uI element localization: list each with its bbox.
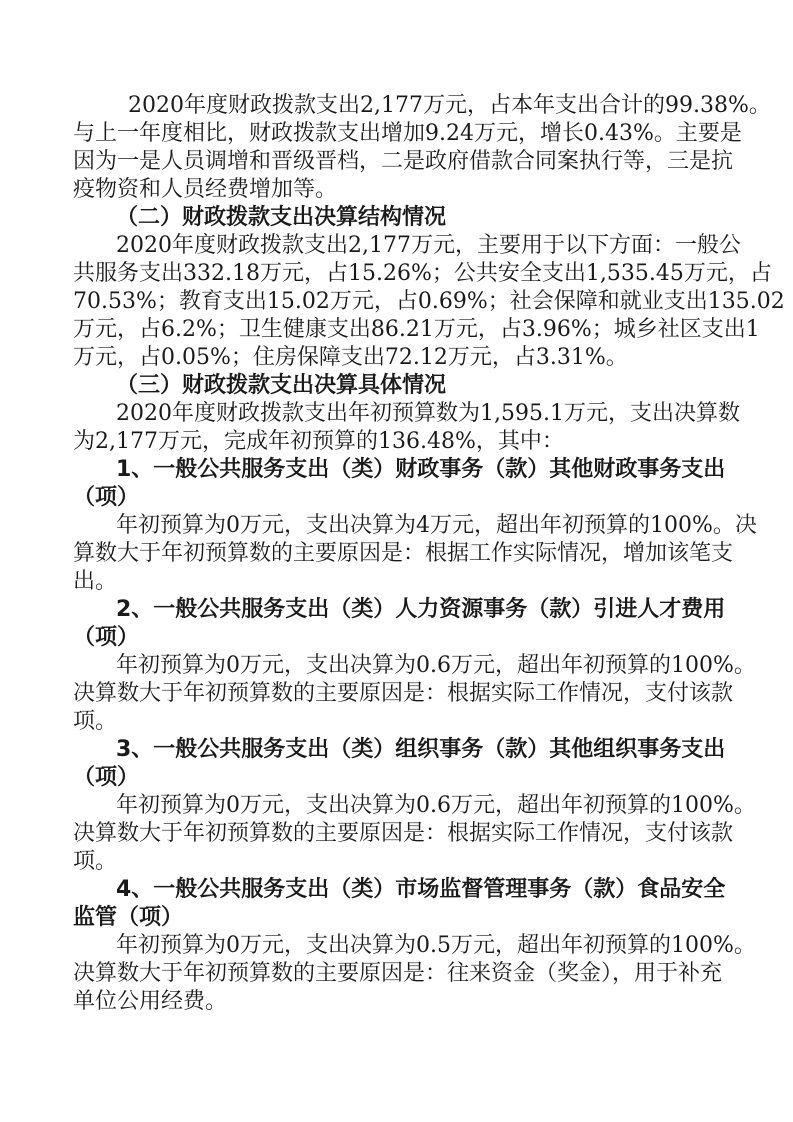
text-line: 项。 [73,848,710,876]
text-line: 年初预算为0万元，支出决算为4万元，超出年初预算的100%。决 [73,512,710,540]
text-line: 出。 [73,568,710,596]
paragraph-item-4: 年初预算为0万元，支出决算为0.5万元，超出年初预算的100%。 决算数大于年初… [73,932,710,1016]
text-line: 2020年度财政拨款支出年初预算数为1,595.1万元，支出决算数 [73,400,710,428]
paragraph-budget-completion: 2020年度财政拨款支出年初预算数为1,595.1万元，支出决算数 为2,177… [73,400,710,456]
paragraph-expenditure-structure: 2020年度财政拨款支出2,177万元，主要用于以下方面：一般公 共服务支出33… [73,232,710,372]
text-line: 疫物资和人员经费增加等。 [73,176,710,204]
item-heading-2-cont: （项） [73,624,710,652]
item-heading-3-cont: （项） [73,764,710,792]
text-line: 因为一是人员调增和晋级晋档，二是政府借款合同案执行等，三是抗 [73,148,710,176]
text-line: 决算数大于年初预算数的主要原因是：根据实际工作情况，支付该款 [73,680,710,708]
paragraph-item-1: 年初预算为0万元，支出决算为4万元，超出年初预算的100%。决 算数大于年初预算… [73,512,710,596]
text-line: 万元，占0.05%；住房保障支出72.12万元，占3.31%。 [73,344,710,372]
text-line: 共服务支出332.18万元，占15.26%；公共安全支出1,535.45万元，占 [73,260,710,288]
item-heading-2: 2、一般公共服务支出（类）人力资源事务（款）引进人才费用 [73,596,697,624]
paragraph-item-3: 年初预算为0万元，支出决算为0.6万元，超出年初预算的100%。 决算数大于年初… [73,792,710,876]
text-line: 算数大于年初预算数的主要原因是：根据工作实际情况，增加该笔支 [73,540,710,568]
document-page: 2020年度财政拨款支出2,177万元，占本年支出合计的99.38%。 与上一年… [73,92,710,1016]
item-heading-4-cont: 监管（项） [73,904,710,932]
paragraph-expenditure-summary: 2020年度财政拨款支出2,177万元，占本年支出合计的99.38%。 与上一年… [73,92,710,204]
text-line: 项。 [73,708,710,736]
text-line: 70.53%；教育支出15.02万元，占0.69%；社会保障和就业支出135.0… [73,288,710,316]
paragraph-item-2: 年初预算为0万元，支出决算为0.6万元，超出年初预算的100%。 决算数大于年初… [73,652,710,736]
item-heading-1-cont: （项） [73,484,710,512]
text-line: 年初预算为0万元，支出决算为0.6万元，超出年初预算的100%。 [73,652,710,680]
text-line: 为2,177万元，完成年初预算的136.48%，其中： [73,428,710,456]
item-heading-1: 1、一般公共服务支出（类）财政事务（款）其他财政事务支出 [73,456,697,484]
item-heading-3: 3、一般公共服务支出（类）组织事务（款）其他组织事务支出 [73,736,697,764]
section-heading-details: （三）财政拨款支出决算具体情况 [73,372,710,400]
text-line: 决算数大于年初预算数的主要原因是：根据实际工作情况，支付该款 [73,820,710,848]
text-line: 单位公用经费。 [73,988,710,1016]
text-line: 年初预算为0万元，支出决算为0.5万元，超出年初预算的100%。 [73,932,710,960]
text-line: 年初预算为0万元，支出决算为0.6万元，超出年初预算的100%。 [73,792,710,820]
item-heading-4: 4、一般公共服务支出（类）市场监督管理事务（款）食品安全 [73,876,697,904]
text-line: 2020年度财政拨款支出2,177万元，主要用于以下方面：一般公 [73,232,710,260]
section-heading-structure: （二）财政拨款支出决算结构情况 [73,204,710,232]
text-line: 决算数大于年初预算数的主要原因是：往来资金（奖金），用于补充 [73,960,710,988]
text-line: 万元，占6.2%；卫生健康支出86.21万元，占3.96%；城乡社区支出1 [73,316,710,344]
text-line: 与上一年度相比，财政拨款支出增加9.24万元，增长0.43%。主要是 [73,120,710,148]
text-line: 2020年度财政拨款支出2,177万元，占本年支出合计的99.38%。 [73,92,710,120]
